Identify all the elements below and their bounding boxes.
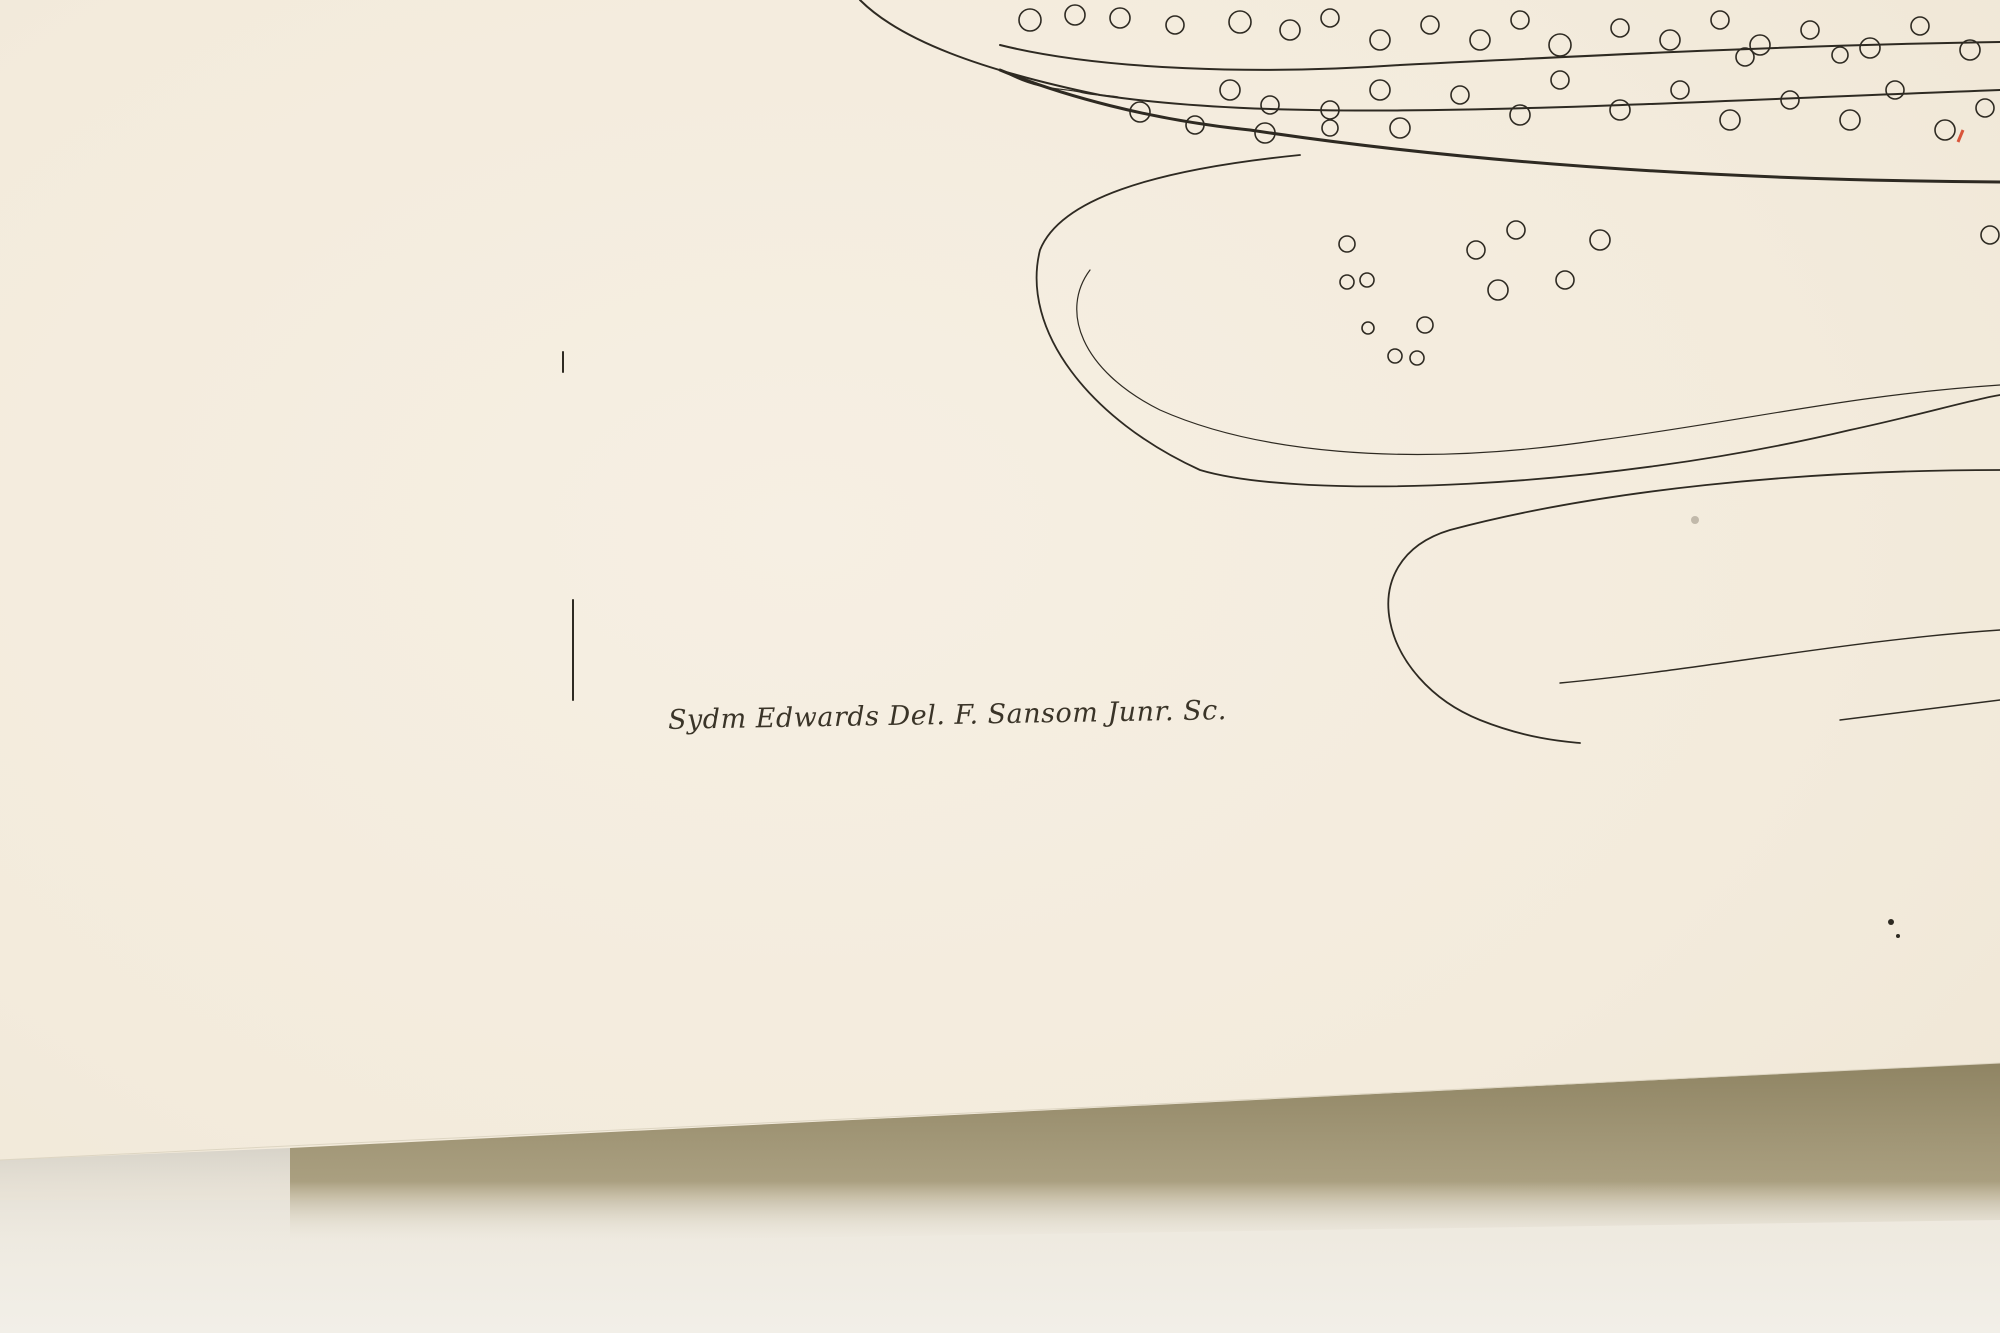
mat-board (0, 1200, 2000, 1333)
red-accent-mark (1958, 130, 1963, 142)
engraving-photo: Sydm Edwards Del. F. Sansom Junr. Sc. (0, 0, 2000, 1333)
plant-engraving (0, 0, 2000, 1333)
